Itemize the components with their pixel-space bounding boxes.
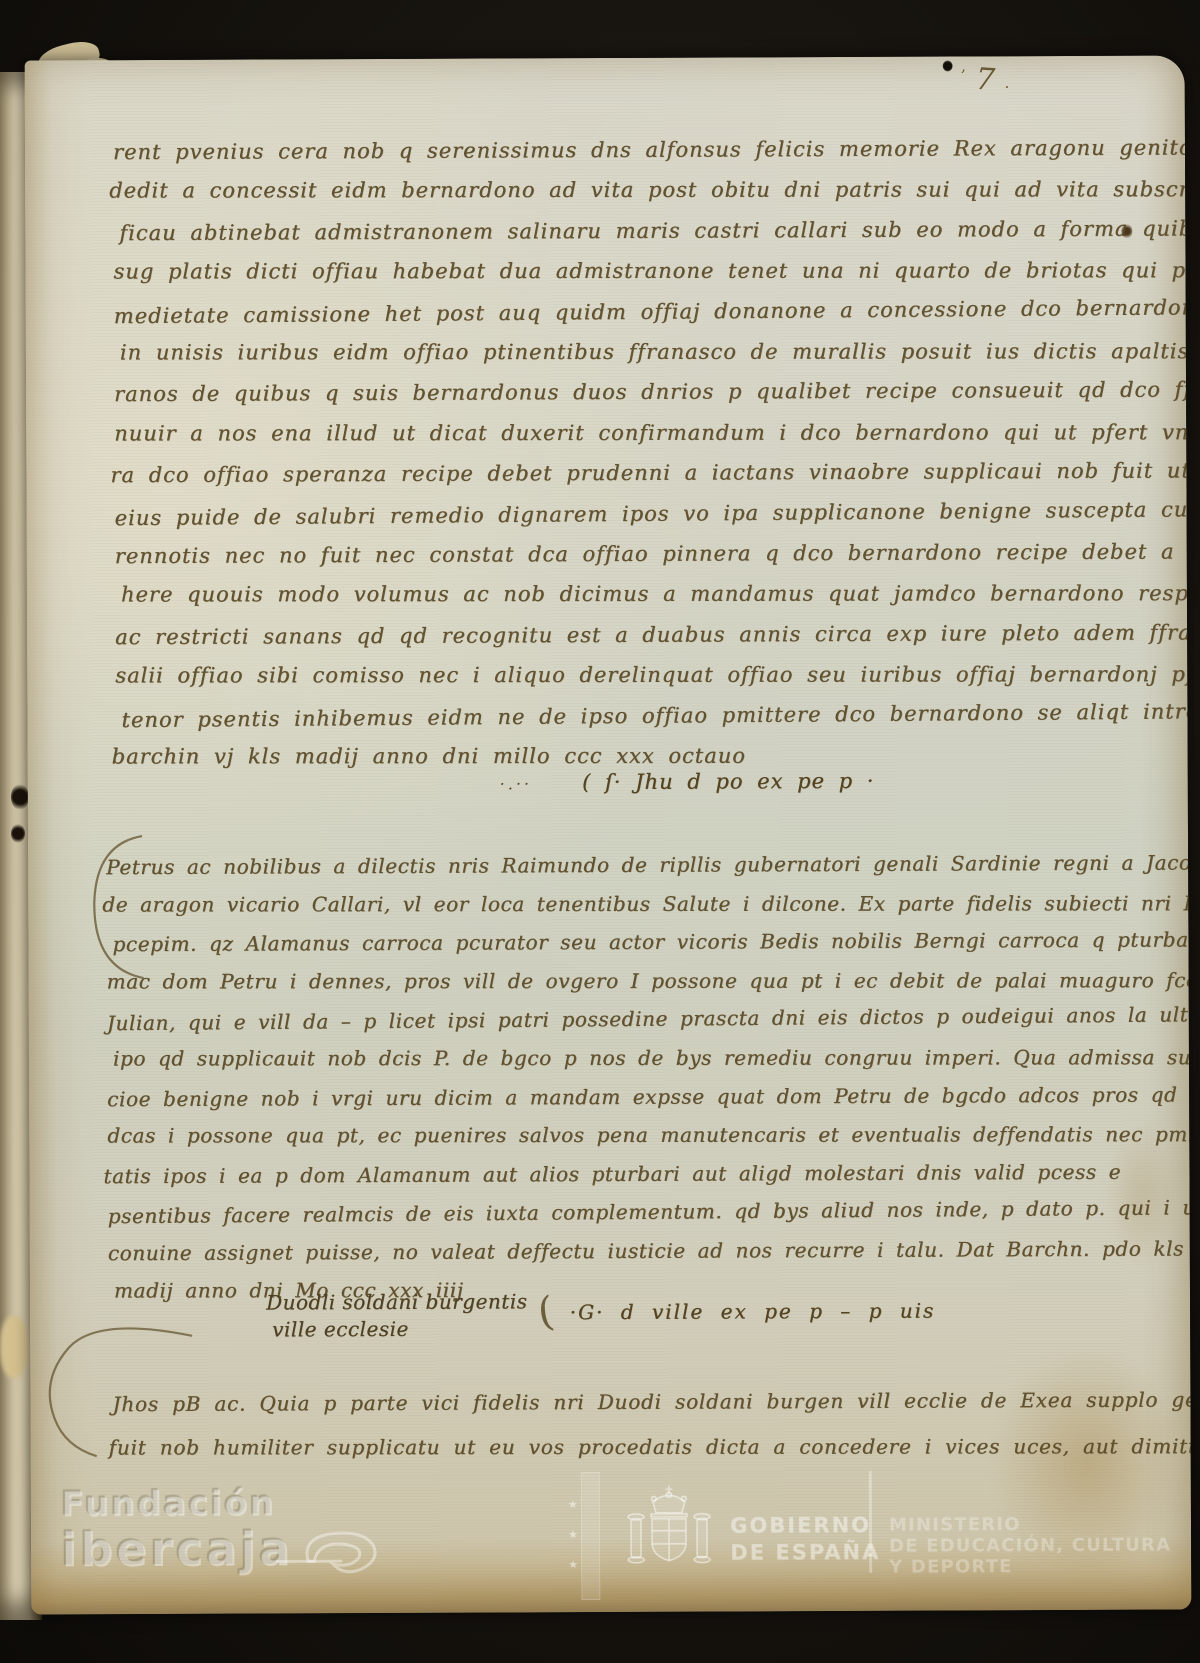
eu-star-icon: ★ xyxy=(568,1528,578,1541)
eu-star-icon: ★ xyxy=(568,1558,578,1571)
manuscript-text-line: sug platis dicti offiau habebat dua admi… xyxy=(114,250,1162,292)
binding-wormhole xyxy=(11,824,25,843)
probation-dots: ·.·· xyxy=(500,774,532,793)
watermark-gobierno-line1: GOBIERNO xyxy=(730,1513,871,1538)
manuscript-text-line: nuuir a nos ena illud ut dicat duxerit c… xyxy=(114,412,1162,454)
rubric-line: Duodli soldani burgentis xyxy=(266,1288,528,1316)
registration-note-text: ( ſ· Jhu d po ex pe p · xyxy=(582,769,874,794)
rubric-line: ville ecclesie xyxy=(272,1315,528,1343)
rubric-margin-note: Duodli soldani burgentis ville ecclesie xyxy=(266,1288,528,1343)
top-edge-hole xyxy=(943,60,953,71)
eu-star-icon: ★ xyxy=(568,1498,578,1511)
manuscript-text-line: ficau abtinebat admistranonem salinaru m… xyxy=(119,208,1161,253)
manuscript-text-line: here quouis modo volumus ac nob dicimus … xyxy=(121,574,1163,616)
ibercaja-swan-icon xyxy=(274,1515,384,1587)
folio-flourish-right: · xyxy=(1005,78,1010,97)
manuscript-text-line: de aragon vicario Callari, vl eor loca t… xyxy=(102,884,1166,924)
manuscript-text-line: cioe benigne nob i vrgi uru dicim a mand… xyxy=(107,1075,1167,1118)
folio-flourish-left: ’ xyxy=(961,66,966,97)
manuscript-page: ’ 7 · rent pvenius cera nob q serenissim… xyxy=(25,55,1192,1614)
bottom-edge-stain xyxy=(31,1535,1191,1614)
manuscript-text-line: mac dom Petru i dennes, pros vill de ovg… xyxy=(107,961,1167,1001)
registration-note-2-text: ·G· d ville ex pe p – p uis xyxy=(570,1299,936,1325)
manuscript-text-line: ra dco offiao speranza recipe debet prud… xyxy=(110,451,1162,496)
watermark-ministerio-line2: DE EDUCACIÓN, CULTURA xyxy=(889,1535,1171,1557)
binding-wormhole xyxy=(11,784,29,810)
manuscript-text-line: medietate camissione het post auq quidm … xyxy=(114,287,1162,336)
watermark-ministerio-line1: MINISTERIO xyxy=(889,1514,1021,1536)
manuscript-text-line: Julian, qui e vill da – p licet ipsi pat… xyxy=(107,996,1167,1043)
eu-flag-icon: ★ ★ ★ xyxy=(568,1472,603,1600)
manuscript-text-line: pcepim. qz Alamanus carroca pcurator seu… xyxy=(112,921,1166,964)
folio-number-digit: 7 xyxy=(974,62,995,98)
spain-coat-of-arms-icon xyxy=(624,1484,714,1580)
manuscript-text-line: conuine assignet puisse, no valeat deffe… xyxy=(108,1229,1168,1272)
manuscript-scan: ’ 7 · rent pvenius cera nob q serenissim… xyxy=(0,0,1200,1663)
folio-number: ’ 7 · xyxy=(961,62,1010,97)
manuscript-text-line: tenor psentis inhibemus eidm ne de ipso … xyxy=(121,691,1163,740)
text-block-second-entry: Petrus ac nobilibus a dilectis nris Raim… xyxy=(106,844,1168,1312)
manuscript-text-line: dedit a concessit eidm bernardono ad vit… xyxy=(109,170,1161,212)
watermark-gobierno-line2: DE ESPAÑA xyxy=(730,1540,880,1565)
manuscript-text-line: Petrus ac nobilibus a dilectis nris Raim… xyxy=(106,844,1166,887)
manuscript-text-line: psentibus facere realmcis de eis iuxta c… xyxy=(108,1189,1168,1236)
registration-note-2: ( ·G· d ville ex pe p – p uis xyxy=(538,1291,935,1333)
manuscript-text-line: rennotis nec no fuit nec constat dca off… xyxy=(115,532,1163,577)
watermark-ministerio-line3: Y DEPORTE xyxy=(889,1556,1013,1578)
eu-flag-bar xyxy=(581,1472,601,1600)
manuscript-text-line: ipo qd supplicauit nob dcis P. de bgco p… xyxy=(113,1038,1167,1078)
bracket-mark: ( xyxy=(535,1291,556,1333)
manuscript-text-line: dcas i possone qua pt, ec puenires salvo… xyxy=(107,1115,1167,1155)
text-block-third-entry: Jhos pB ac. Quia p parte vici fidelis nr… xyxy=(112,1378,1172,1473)
watermark-ibercaja: ibercaja xyxy=(61,1521,293,1576)
manuscript-text-line: fuit nob humiliter supplicatu ut eu vos … xyxy=(109,1424,1173,1470)
watermark-divider xyxy=(869,1471,872,1573)
manuscript-text-line: ranos de quibus q suis bernardonus duos … xyxy=(114,370,1162,415)
text-block-first-entry: rent pvenius cera nob q serenissimus dns… xyxy=(113,128,1164,779)
manuscript-text-line: rent pvenius cera nob q serenissimus dns… xyxy=(113,128,1161,173)
manuscript-text-line: in unisis iuribus eidm offiao ptinentibu… xyxy=(120,331,1162,373)
watermark-fundacion: Fundación xyxy=(61,1483,276,1524)
manuscript-text-line: Jhos pB ac. Quia p parte vici fidelis nr… xyxy=(112,1378,1172,1428)
manuscript-text-line: eius puide de salubri remedio dignarem i… xyxy=(114,489,1162,538)
manuscript-text-line: ac restricti sanans qd qd recognitu est … xyxy=(115,612,1163,657)
binding-edge-stain xyxy=(0,1316,28,1378)
manuscript-text-line: salii offiao sibi comisso nec i aliquo d… xyxy=(115,655,1163,697)
registration-note: ·.·· ( ſ· Jhu d po ex pe p · xyxy=(500,769,875,795)
